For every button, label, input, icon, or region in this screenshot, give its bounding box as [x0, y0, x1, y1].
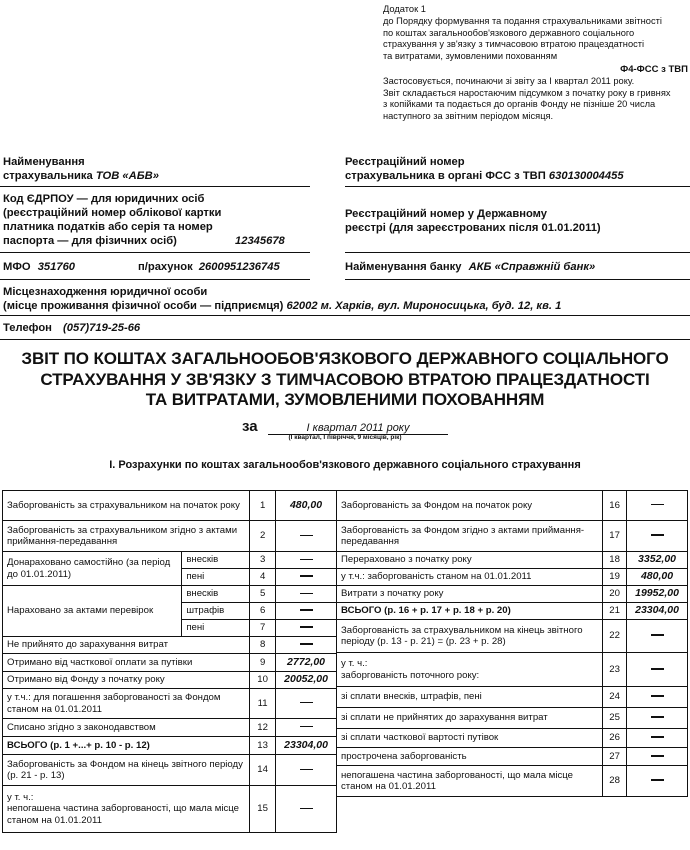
row-sublabel: пені [182, 569, 250, 586]
row-label: ВСЬОГО (р. 16 + р. 17 + р. 18 + р. 20) [337, 603, 603, 620]
table-row: зі сплати не прийнятих до зарахування ви… [337, 708, 688, 729]
bank-label: Найменування банку [345, 261, 461, 273]
divider [345, 279, 690, 280]
annex-line: до Порядку формування та подання страхув… [383, 16, 688, 28]
row-number: 9 [250, 654, 276, 672]
row-label: прострочена заборгованість [337, 748, 603, 766]
row-value[interactable] [627, 766, 688, 797]
section-title: I. Розрахунки по коштах загальнообов'язк… [0, 459, 690, 471]
row-label: зі сплати не прийнятих до зарахування ви… [337, 708, 603, 729]
table-row: зі сплати внесків, штрафів, пені 24 [337, 687, 688, 708]
row-value[interactable] [276, 620, 337, 637]
table-row: Заборгованість за Фондом згідно з актами… [337, 521, 688, 552]
row-label: Заборгованість за Фондом на початок року [337, 491, 603, 521]
row-label: Заборгованість за Фондом на кінець звітн… [3, 755, 250, 786]
title-line-1: ЗВІТ ПО КОШТАХ ЗАГАЛЬНООБОВ'ЯЗКОВОГО ДЕР… [0, 349, 690, 370]
state-reg-label: Реєстраційний номер у Державному [345, 207, 601, 221]
row-number: 16 [603, 491, 627, 521]
table-row: Заборгованість за Фондом на початок року… [337, 491, 688, 521]
row-value[interactable] [276, 689, 337, 719]
address-label: Місцезнаходження юридичної особи [3, 285, 561, 299]
phone-value[interactable]: (057)719-25-66 [63, 322, 140, 334]
table-row: ВСЬОГО (р. 16 + р. 17 + р. 18 + р. 20) 2… [337, 603, 688, 620]
divider [0, 315, 690, 316]
account-field: п/рахунок 2600951236745 [138, 260, 280, 274]
phone-field: Телефон (057)719-25-66 [3, 321, 140, 335]
table-row: Заборгованість за страхувальником на поч… [3, 491, 337, 521]
account-value[interactable]: 2600951236745 [199, 261, 280, 273]
row-number: 10 [250, 672, 276, 689]
row-number: 5 [250, 586, 276, 603]
row-label: ВСЬОГО (р. 1 +...+ р. 10 - р. 12) [3, 737, 250, 755]
row-label: Заборгованість за страхувальником згідно… [3, 521, 250, 552]
row-value[interactable] [627, 521, 688, 552]
table-row: у т. ч.:заборгованість поточного року: 2… [337, 653, 688, 687]
row-number: 6 [250, 603, 276, 620]
table-row: Заборгованість за страхувальником згідно… [3, 521, 337, 552]
row-number: 14 [250, 755, 276, 786]
reg-fss-label: Реєстраційний номер [345, 155, 624, 169]
row-value[interactable] [627, 708, 688, 729]
row-number: 15 [250, 786, 276, 833]
mfo-value[interactable]: 351760 [38, 261, 75, 273]
row-label: Заборгованість за Фондом згідно з актами… [337, 521, 603, 552]
edrpou-field: Код ЄДРПОУ — для юридичних осіб (реєстра… [3, 192, 221, 248]
state-reg-field: Реєстраційний номер у Державному реєстрі… [345, 207, 601, 235]
row-label-prefix: у т. ч.: [341, 658, 598, 670]
row-number: 2 [250, 521, 276, 552]
row-sublabel: пені [182, 620, 250, 637]
form-code: Ф4-ФСС з ТВП [383, 64, 688, 76]
table-row: прострочена заборгованість 27 [337, 748, 688, 766]
table-row: Перераховано з початку року 18 3352,00 [337, 552, 688, 569]
table-row: Отримано від Фонду з початку року 10 200… [3, 672, 337, 689]
row-number: 22 [603, 620, 627, 653]
row-label: у т.ч.: для погашення заборгованості за … [3, 689, 250, 719]
row-number: 1 [250, 491, 276, 521]
title-line-3: ТА ВИТРАТАМИ, ЗУМОВЛЕНИМИ ПОХОВАННЯМ [0, 390, 690, 411]
row-label: Отримано від часткової оплати за путівки [3, 654, 250, 672]
row-number: 13 [250, 737, 276, 755]
period-prefix: за [242, 418, 258, 435]
row-value[interactable]: 20052,00 [276, 672, 337, 689]
table-row: у т.ч.: заборгованість станом на 01.01.2… [337, 569, 688, 586]
row-value[interactable] [276, 569, 337, 586]
row-value[interactable]: 480,00 [276, 491, 337, 521]
insurer-name-label: Найменування [3, 155, 159, 169]
edrpou-value[interactable]: 12345678 [235, 234, 285, 248]
row-sublabel: внесків [182, 586, 250, 603]
row-value[interactable] [276, 719, 337, 737]
row-value[interactable] [627, 687, 688, 708]
row-number: 19 [603, 569, 627, 586]
row-label: Не прийнято до зарахування витрат [3, 637, 250, 654]
table-row: у т. ч.:непогашена частина заборгованост… [3, 786, 337, 833]
row-value[interactable] [276, 637, 337, 654]
table-row: Витрати з початку року 20 19952,00 [337, 586, 688, 603]
annex-block: Додаток 1 до Порядку формування та подан… [383, 4, 688, 123]
report-title: ЗВІТ ПО КОШТАХ ЗАГАЛЬНООБОВ'ЯЗКОВОГО ДЕР… [0, 349, 690, 411]
annex-note: Застосовується, починаючи зі звіту за I … [383, 76, 688, 88]
row-value[interactable]: 480,00 [627, 569, 688, 586]
group-label: Нараховано за актами перевірок [3, 586, 182, 637]
row-value[interactable]: 2772,00 [276, 654, 337, 672]
edrpou-label: Код ЄДРПОУ — для юридичних осіб [3, 192, 221, 206]
row-number: 7 [250, 620, 276, 637]
row-label-text: заборгованість поточного року: [341, 670, 598, 682]
annex-note: наступного за звітним періодом місяця. [383, 111, 688, 123]
row-number: 20 [603, 586, 627, 603]
row-value[interactable] [276, 586, 337, 603]
reg-fss-field: Реєстраційний номер страхувальника в орг… [345, 155, 624, 183]
row-label: у т.ч.: заборгованість станом на 01.01.2… [337, 569, 603, 586]
address-label-2: (місце проживання фізичної особи — підпр… [3, 300, 283, 312]
row-value[interactable] [276, 552, 337, 569]
table-row: Нараховано за актами перевірок внесків 5 [3, 586, 337, 603]
row-number: 28 [603, 766, 627, 797]
table-row: зі сплати часткової вартості путівок 26 [337, 729, 688, 748]
bank-field: Найменування банку АКБ «Справжній банк» [345, 260, 595, 274]
divider [0, 339, 690, 340]
title-line-2: СТРАХУВАННЯ У ЗВ'ЯЗКУ З ТИМЧАСОВОЮ ВТРАТ… [0, 370, 690, 391]
row-number: 23 [603, 653, 627, 687]
table-row: ВСЬОГО (р. 1 +...+ р. 10 - р. 12) 13 233… [3, 737, 337, 755]
edrpou-label-3: платника податків або серія та номер [3, 220, 221, 234]
table-row: Заборгованість за страхувальником на кін… [337, 620, 688, 653]
row-value[interactable] [627, 653, 688, 687]
divider [0, 279, 310, 280]
row-label: Заборгованість за страхувальником на поч… [3, 491, 250, 521]
row-label: непогашена частина заборгованості, що ма… [337, 766, 603, 797]
group-label: Донараховано самостійно (за період до 01… [3, 552, 182, 586]
row-value[interactable]: 23304,00 [276, 737, 337, 755]
row-label: Перераховано з початку року [337, 552, 603, 569]
reg-fss-label-2: страхувальника в органі ФСС з ТВП [345, 170, 546, 182]
row-number: 18 [603, 552, 627, 569]
row-value[interactable] [627, 748, 688, 766]
row-value[interactable] [627, 620, 688, 653]
period-hint: (I квартал, I півріччя, 9 місяців, рік) [0, 434, 690, 441]
row-number: 17 [603, 521, 627, 552]
edrpou-label-2: (реєстраційний номер облікової картки [3, 206, 221, 220]
row-number: 12 [250, 719, 276, 737]
row-label: Заборгованість за страхувальником на кін… [337, 620, 603, 653]
annex-title: Додаток 1 [383, 4, 688, 16]
insurer-name-field: Найменування страхувальника ТОВ «АБВ» [3, 155, 159, 183]
annex-note: з копійками та подається до органів Фонд… [383, 99, 688, 111]
row-sublabel: штрафів [182, 603, 250, 620]
edrpou-label-4: паспорта — для фізичних осіб) [3, 235, 177, 247]
row-label-text: непогашена частина заборгованості, що ма… [7, 803, 245, 826]
row-label-prefix: у т. ч.: [7, 792, 245, 804]
mfo-label: МФО [3, 261, 31, 273]
divider [0, 252, 310, 253]
address-field: Місцезнаходження юридичної особи (місце … [3, 285, 561, 313]
row-number: 11 [250, 689, 276, 719]
row-sublabel: внесків [182, 552, 250, 569]
row-label: у т. ч.:непогашена частина заборгованост… [3, 786, 250, 833]
insurer-name-label-2: страхувальника [3, 170, 93, 182]
row-value[interactable] [276, 755, 337, 786]
annex-line: страхування у зв'язку з тимчасовою втрат… [383, 39, 688, 51]
divider [345, 252, 690, 253]
row-value[interactable]: 19952,00 [627, 586, 688, 603]
table-row: у т.ч.: для погашення заборгованості за … [3, 689, 337, 719]
annex-line: та витратами, зумовленими похованням [383, 51, 688, 63]
divider [345, 186, 690, 187]
row-value[interactable] [276, 603, 337, 620]
row-number: 21 [603, 603, 627, 620]
left-table: Заборгованість за страхувальником на поч… [2, 490, 337, 833]
table-row: Заборгованість за Фондом на кінець звітн… [3, 755, 337, 786]
account-label: п/рахунок [138, 261, 193, 273]
row-value[interactable]: 3352,00 [627, 552, 688, 569]
row-value[interactable] [627, 491, 688, 521]
row-number: 27 [603, 748, 627, 766]
divider [0, 186, 310, 187]
row-label: Витрати з початку року [337, 586, 603, 603]
row-number: 8 [250, 637, 276, 654]
row-number: 4 [250, 569, 276, 586]
table-row: Не прийнято до зарахування витрат 8 [3, 637, 337, 654]
table-row: Отримано від часткової оплати за путівки… [3, 654, 337, 672]
row-number: 24 [603, 687, 627, 708]
bank-value[interactable]: АКБ «Справжній банк» [469, 261, 596, 273]
row-number: 3 [250, 552, 276, 569]
state-reg-label-2: реєстрі (для зареєстрованих після 01.01.… [345, 221, 601, 235]
row-label: зі сплати часткової вартості путівок [337, 729, 603, 748]
row-value[interactable] [627, 729, 688, 748]
row-label: Списано згідно з законодавством [3, 719, 250, 737]
table-row: Списано згідно з законодавством 12 [3, 719, 337, 737]
table-row: Донараховано самостійно (за період до 01… [3, 552, 337, 569]
row-label: у т. ч.:заборгованість поточного року: [337, 653, 603, 687]
mfo-field: МФО 351760 [3, 260, 75, 274]
annex-line: по коштах загальнообов'язкового державно… [383, 28, 688, 40]
row-value[interactable]: 23304,00 [627, 603, 688, 620]
row-number: 26 [603, 729, 627, 748]
row-label: зі сплати внесків, штрафів, пені [337, 687, 603, 708]
row-label: Отримано від Фонду з початку року [3, 672, 250, 689]
reg-fss-value[interactable]: 630130004455 [549, 170, 624, 182]
right-table: Заборгованість за Фондом на початок року… [336, 490, 688, 797]
insurer-name-value[interactable]: ТОВ «АБВ» [96, 170, 159, 182]
row-value[interactable] [276, 521, 337, 552]
phone-label: Телефон [3, 322, 52, 334]
row-number: 25 [603, 708, 627, 729]
table-row: непогашена частина заборгованості, що ма… [337, 766, 688, 797]
row-value[interactable] [276, 786, 337, 833]
address-value[interactable]: 62002 м. Харків, вул. Мироносицька, буд.… [286, 300, 561, 312]
annex-note: Звіт складається наростаючим підсумком з… [383, 88, 688, 100]
